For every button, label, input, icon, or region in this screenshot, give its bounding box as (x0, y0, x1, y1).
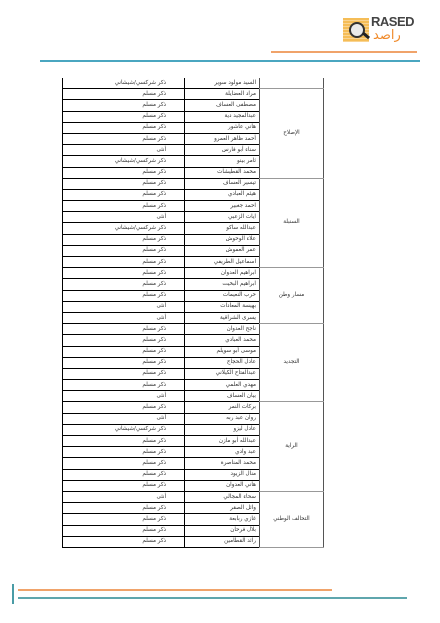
candidate-category-cell: ذكر مسلم (63, 122, 185, 133)
candidate-name-cell: مراد العضايلة (185, 89, 260, 100)
candidate-category-cell: ذكر مسلم (63, 133, 185, 144)
party-cell: السنبلة (260, 178, 324, 268)
candidate-category-cell: ذكر مسلم (63, 324, 185, 335)
candidate-category-cell: ذكر مسلم (63, 536, 185, 547)
footer-vertical-bar (12, 584, 14, 604)
candidate-category-cell: ذكر مسلم (63, 480, 185, 491)
party-cell: التحالف الوطني (260, 491, 324, 547)
candidate-name-cell: عبدالله أبو مازن (185, 436, 260, 447)
candidates-table: السيد مولود سويرذكر شركسي/شيشانيالإصلاحم… (62, 78, 324, 548)
candidate-category-cell: ذكر مسلم (63, 167, 185, 178)
candidate-name-cell: هاني العدوان (185, 480, 260, 491)
candidate-name-cell: بركات النمر (185, 402, 260, 413)
party-cell (260, 78, 324, 89)
candidate-name-cell: عبدالفتاح الكيلاني (185, 368, 260, 379)
header-orange-rule (271, 51, 417, 53)
candidate-name-cell: محمد القطيشات (185, 167, 260, 178)
candidate-category-cell: أنثى (63, 491, 185, 502)
candidate-name-cell: سحاء المجالي (185, 491, 260, 502)
candidate-category-cell: ذكر مسلم (63, 201, 185, 212)
candidate-category-cell: ذكر شركسي/شيشاني (63, 156, 185, 167)
candidate-name-cell: أحمد ظاهر العمرو (185, 133, 260, 144)
party-cell: مسار وطن (260, 268, 324, 324)
magnifier-icon (349, 22, 365, 38)
candidate-category-cell: ذكر مسلم (63, 268, 185, 279)
candidate-category-cell: ذكر شركسي/شيشاني (63, 223, 185, 234)
candidate-category-cell: ذكر مسلم (63, 257, 185, 268)
logo-text-en: RASED (371, 15, 414, 28)
candidate-category-cell: ذكر مسلم (63, 514, 185, 525)
candidate-name-cell: محمد العبادي (185, 335, 260, 346)
candidate-category-cell: ذكر مسلم (63, 234, 185, 245)
candidate-name-cell: بيان العساف (185, 391, 260, 402)
candidate-name-cell: هيثم العبادي (185, 189, 260, 200)
party-cell: الإصلاح (260, 89, 324, 179)
candidate-category-cell: أنثى (63, 212, 185, 223)
candidate-name-cell: يسرى الشراقية (185, 312, 260, 323)
candidate-name-cell: عمر العموش (185, 245, 260, 256)
candidate-category-cell: ذكر مسلم (63, 380, 185, 391)
candidate-name-cell: غازي ربابعة (185, 514, 260, 525)
candidate-name-cell: بلال فرحان (185, 525, 260, 536)
candidate-category-cell: ذكر مسلم (63, 111, 185, 122)
candidate-category-cell: ذكر مسلم (63, 368, 185, 379)
candidate-category-cell: ذكر مسلم (63, 346, 185, 357)
table-row: التجديدناجح العدوانذكر مسلم (63, 324, 324, 335)
table-row: السيد مولود سويرذكر شركسي/شيشاني (63, 78, 324, 89)
candidate-name-cell: منال الزيود (185, 469, 260, 480)
candidate-name-cell: روان عبد ربه (185, 413, 260, 424)
candidate-name-cell: وائل الصقر (185, 503, 260, 514)
candidate-name-cell: ابراهيم العدوان (185, 268, 260, 279)
candidate-category-cell: أنثى (63, 413, 185, 424)
candidate-name-cell: عبدالله ساكو (185, 223, 260, 234)
table-row: مسار وطنابراهيم العدوانذكر مسلم (63, 268, 324, 279)
table-row: الرايةبركات النمرذكر مسلم (63, 402, 324, 413)
candidate-category-cell: ذكر مسلم (63, 357, 185, 368)
candidate-category-cell: ذكر مسلم (63, 458, 185, 469)
candidate-name-cell: مصطفى العساف (185, 100, 260, 111)
candidate-name-cell: رائد القطامين (185, 536, 260, 547)
candidate-name-cell: علاء الوحوش (185, 234, 260, 245)
candidate-category-cell: أنثى (63, 391, 185, 402)
table-row: السنبلةتيسير العسافذكر مسلم (63, 178, 324, 189)
candidate-category-cell: ذكر مسلم (63, 245, 185, 256)
candidate-category-cell: ذكر شركسي/شيشاني (63, 78, 185, 89)
candidate-name-cell: هاني عاشور (185, 122, 260, 133)
candidate-category-cell: ذكر شركسي/شيشاني (63, 424, 185, 435)
candidate-category-cell: ذكر مسلم (63, 279, 185, 290)
candidate-category-cell: ذكر مسلم (63, 335, 185, 346)
candidate-name-cell: محمد المناصرة (185, 458, 260, 469)
table-body: السيد مولود سويرذكر شركسي/شيشانيالإصلاحم… (63, 78, 324, 547)
candidate-category-cell: أنثى (63, 312, 185, 323)
candidate-name-cell: بهيسة المعادات (185, 301, 260, 312)
candidate-name-cell: ابراهيم البخيت (185, 279, 260, 290)
candidate-category-cell: ذكر مسلم (63, 178, 185, 189)
header-blue-rule (40, 60, 420, 62)
candidate-category-cell: ذكر مسلم (63, 436, 185, 447)
logo-text-ar: راصد (373, 28, 401, 43)
footer-blue-rule (18, 597, 407, 599)
candidate-name-cell: ناجح العدوان (185, 324, 260, 335)
candidate-name-cell: احمد جغبير (185, 201, 260, 212)
candidate-category-cell: ذكر مسلم (63, 503, 185, 514)
candidate-category-cell: ذكر مسلم (63, 447, 185, 458)
table-row: الإصلاحمراد العضايلةذكر مسلم (63, 89, 324, 100)
rased-logo: RASED راصد (343, 14, 417, 44)
table-row: التحالف الوطنيسحاء المجاليأنثى (63, 491, 324, 502)
candidate-name-cell: عادل الحجاج (185, 357, 260, 368)
party-cell: الراية (260, 402, 324, 492)
candidate-category-cell: ذكر مسلم (63, 469, 185, 480)
candidate-name-cell: تيسير العساف (185, 178, 260, 189)
candidate-name-cell: عبد وادي (185, 447, 260, 458)
candidate-name-cell: عادل ليزو (185, 424, 260, 435)
candidate-name-cell: عبدالمجيد دية (185, 111, 260, 122)
candidate-name-cell: ايات الزعبي (185, 212, 260, 223)
candidate-category-cell: ذكر مسلم (63, 89, 185, 100)
candidate-name-cell: ثامر بينو (185, 156, 260, 167)
party-cell: التجديد (260, 324, 324, 402)
candidate-name-cell: حرب النعيمات (185, 290, 260, 301)
candidate-category-cell: ذكر مسلم (63, 402, 185, 413)
candidate-category-cell: أنثى (63, 145, 185, 156)
candidate-name-cell: موسى أبو سويلم (185, 346, 260, 357)
candidate-name-cell: اسماعيل الطريفي (185, 257, 260, 268)
candidate-name-cell: سناء أبو فارس (185, 145, 260, 156)
candidate-category-cell: ذكر مسلم (63, 525, 185, 536)
candidate-name-cell: السيد مولود سوير (185, 78, 260, 89)
footer-orange-rule (18, 589, 332, 591)
candidate-category-cell: ذكر مسلم (63, 100, 185, 111)
candidate-category-cell: ذكر مسلم (63, 189, 185, 200)
candidate-category-cell: أنثى (63, 301, 185, 312)
candidate-category-cell: ذكر مسلم (63, 290, 185, 301)
candidate-name-cell: مهدي العلمي (185, 380, 260, 391)
